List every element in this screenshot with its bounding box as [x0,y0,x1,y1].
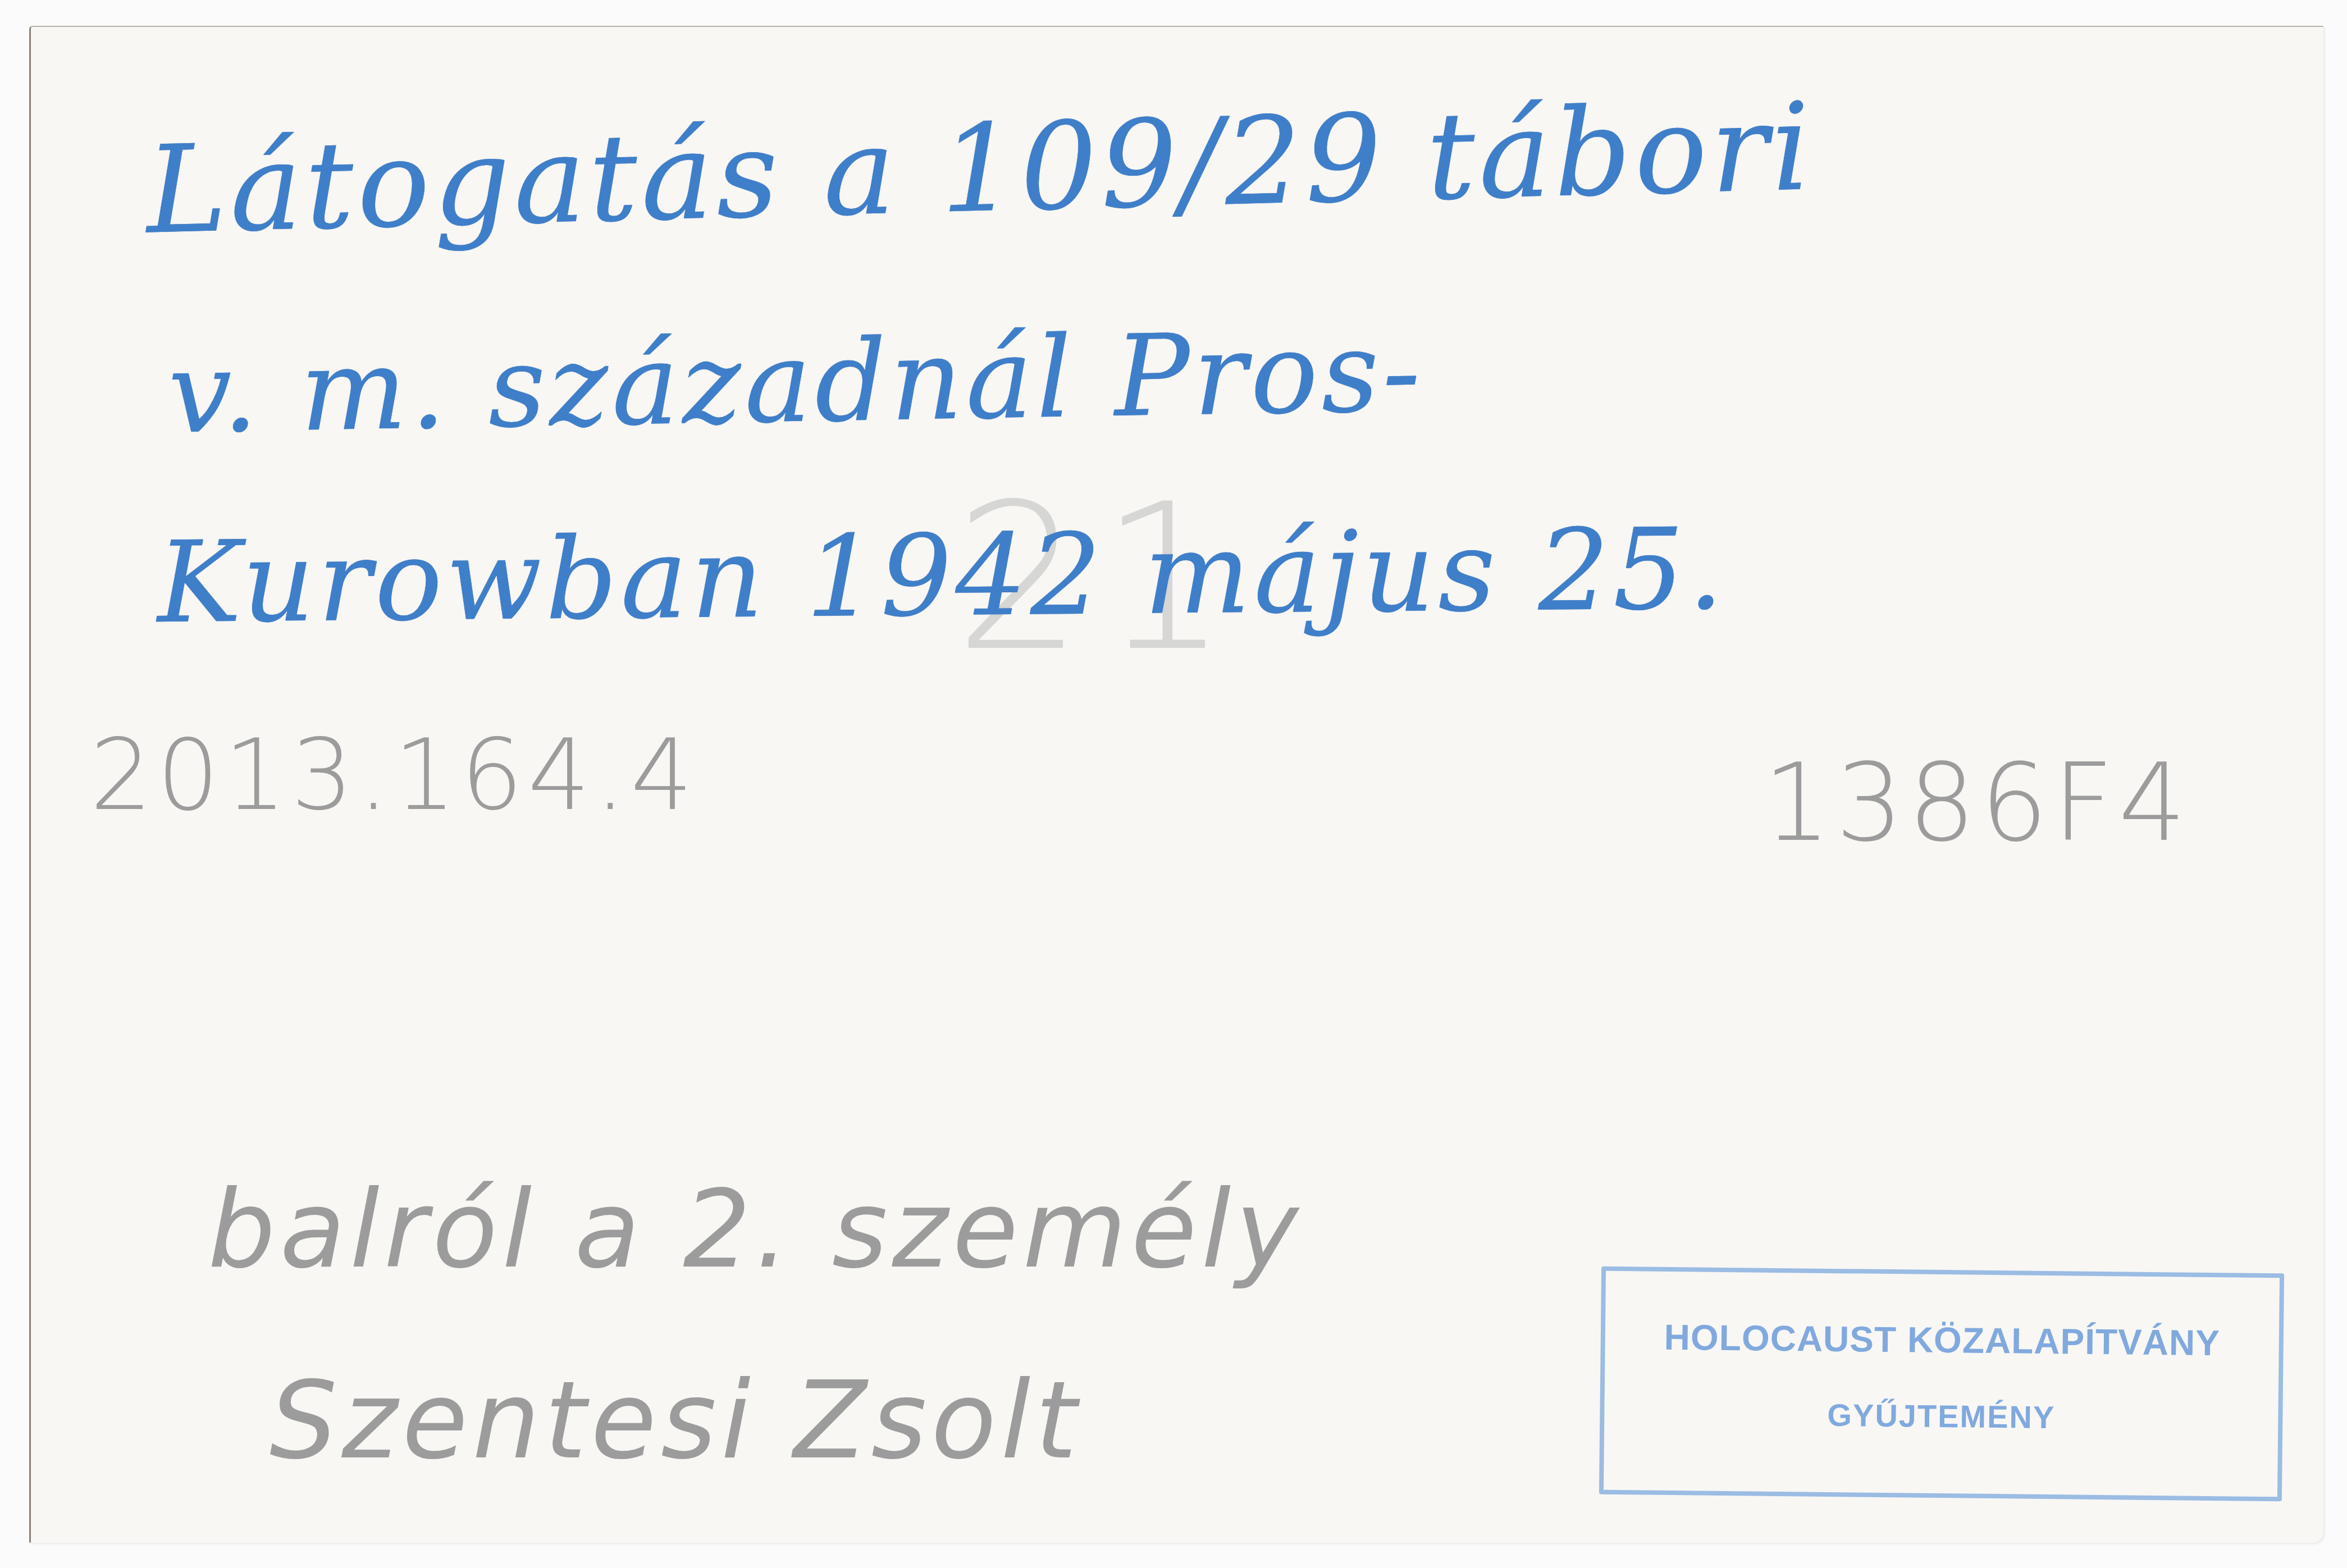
identification-note-line-2: Szentesi Zsolt [270,1359,1081,1483]
caption-line-2: v. m. századnál Pros- [167,307,1424,459]
identification-note-line-1: balról a 2. személy [208,1168,1303,1292]
stamp-line-1: HOLOCAUST KÖZALAPÍTVÁNY [1605,1316,2279,1365]
inventory-number-left: 2013.164.4 [90,719,697,833]
stamp-line-2: GYŰJTEMÉNY [1604,1395,2278,1438]
collection-stamp: HOLOCAUST KÖZALAPÍTVÁNY GYŰJTEMÉNY [1599,1267,2284,1502]
caption-line-3: Kurowban 1942 május 25. [157,504,1727,648]
inventory-number-right: 1386F4 [1763,741,2191,865]
